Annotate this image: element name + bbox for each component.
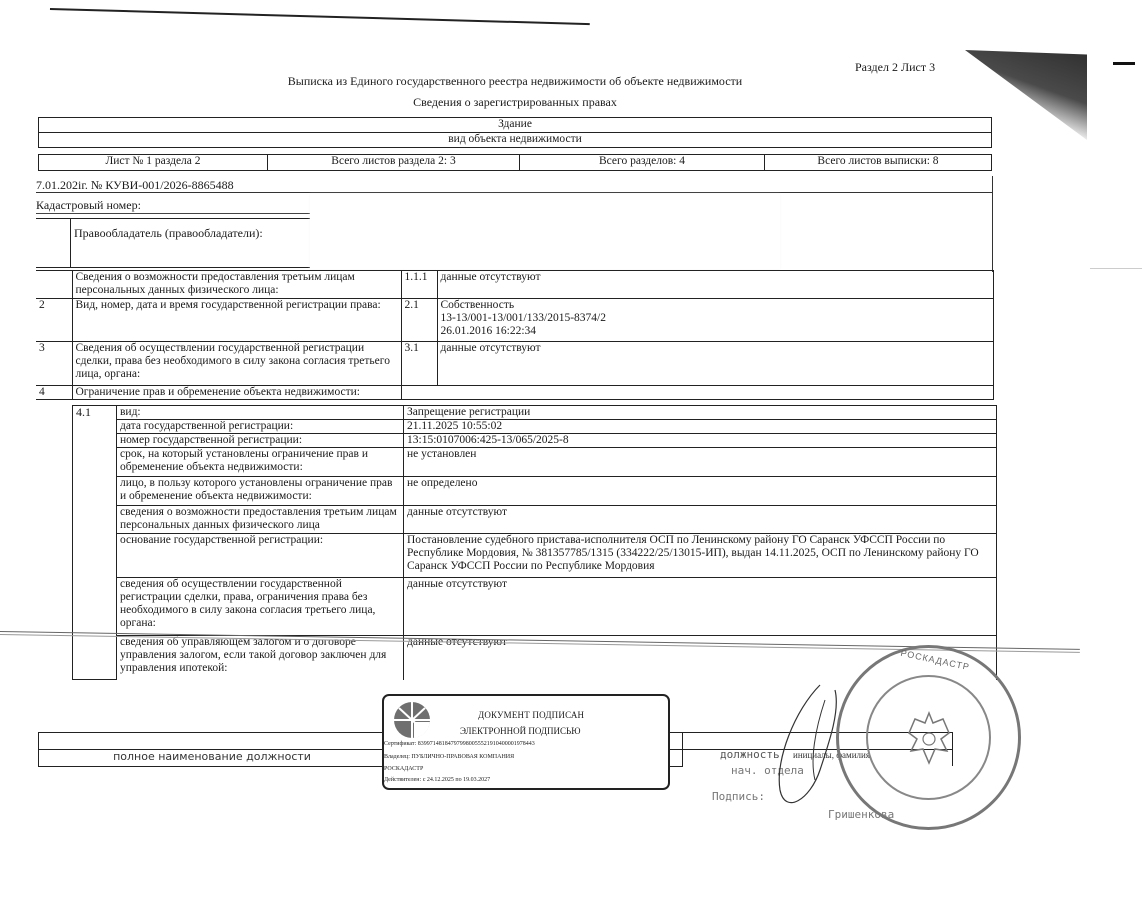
right-type: Собственность [441, 299, 991, 312]
field-label: Ограничение прав и обременение объекта н… [72, 386, 401, 400]
field-value [401, 386, 994, 400]
field-label: номер государственной регистрации: [117, 434, 404, 448]
field-value: не установлен [404, 448, 997, 477]
field-label: лицо, в пользу которого установлены огра… [117, 477, 404, 506]
row-number [36, 219, 71, 268]
object-type-value: Здание [39, 118, 992, 133]
field-value: данные отсутствуют [404, 578, 997, 636]
field-value: данные отсутствуют [437, 271, 994, 299]
field-value: не определено [404, 477, 997, 506]
field-label: вид: [117, 406, 404, 420]
rosreestr-logo-icon [392, 700, 432, 740]
right-reg-number: 13-13/001-13/001/133/2015-8374/2 [441, 312, 991, 325]
footer-cell [39, 733, 386, 750]
owner-table: Правообладатель (правообладатели): [36, 218, 311, 268]
field-label: основание государственной регистрации: [117, 534, 404, 578]
divider [36, 192, 992, 193]
position-label: полное наименование должности [39, 750, 386, 767]
row-number: 2 [36, 299, 72, 342]
signature-label: Подпись: [712, 790, 765, 803]
field-label: сведения об управляющем залогом и о дого… [117, 636, 404, 680]
owner-label: Правообладатель (правообладатели): [71, 219, 311, 268]
rights-table: Сведения о возможности предоставления тр… [36, 270, 994, 400]
field-value: Запрещение регистрации [404, 406, 997, 420]
coat-of-arms-icon [895, 705, 963, 773]
field-value: 13:15:0107006:425-13/065/2025-8 [404, 434, 997, 448]
field-label: Сведения об осуществлении государственно… [72, 342, 401, 386]
field-value: Постановление судебного пристава-исполни… [404, 534, 997, 578]
stamp-line1: ДОКУМЕНТ ПОДПИСАН [478, 710, 584, 720]
scan-edge-line [50, 8, 590, 25]
encumbrance-number: 4.1 [73, 406, 117, 680]
field-label: Сведения о возможности предоставления тр… [72, 271, 401, 299]
row-number: 3 [36, 342, 72, 386]
right-reg-date: 26.01.2016 16:22:34 [441, 325, 991, 338]
sub-number: 1.1.1 [401, 271, 437, 299]
stamp-owner-name: РОСКАДАСТР [384, 766, 423, 772]
total-sheets-section: Всего листов раздела 2: 3 [268, 155, 520, 171]
total-sheets-extract: Всего листов выписки: 8 [765, 155, 992, 171]
field-label: дата государственной регистрации: [117, 420, 404, 434]
field-label: сведения об осуществлении государственно… [117, 578, 404, 636]
sheet-number: Лист № 1 раздела 2 [39, 155, 268, 171]
row-number [36, 271, 72, 299]
field-label: сведения о возможности предоставления тр… [117, 506, 404, 534]
section-sheet-label: Раздел 2 Лист 3 [855, 60, 935, 75]
sub-number: 2.1 [401, 299, 437, 342]
field-value: данные отсутствуют [404, 506, 997, 534]
stamp-validity: Действителен: с 24.12.2025 по 19.03.2027 [384, 777, 490, 783]
handwritten-signature [765, 680, 845, 815]
object-type-label: вид объекта недвижимости [39, 133, 992, 148]
document-subtitle: Сведения о зарегистрированных правах [250, 95, 780, 110]
divider [36, 213, 311, 214]
request-date-number: 7.01.202іг. № КУВИ-001/2026-8865488 [36, 178, 234, 193]
divider [992, 176, 993, 272]
scan-mark [1113, 62, 1135, 65]
sheet-info-table: Лист № 1 раздела 2 Всего листов раздела … [38, 154, 992, 171]
stamp-owner: Владелец: ПУБЛИЧНО-ПРАВОВАЯ КОМПАНИЯ [384, 754, 514, 760]
stamp-certificate: Сертификат: 8399714818479799800555219104… [384, 741, 535, 747]
scan-mark [1090, 268, 1142, 269]
field-label: срок, на который установлены ограничение… [117, 448, 404, 477]
sub-number: 3.1 [401, 342, 437, 386]
row-number: 4 [36, 386, 72, 400]
redacted-area [310, 194, 780, 269]
cadastral-number-label: Кадастровый номер: [36, 198, 141, 213]
total-sections: Всего разделов: 4 [520, 155, 765, 171]
field-label: Вид, номер, дата и время государственной… [72, 299, 401, 342]
stamp-line2: ЭЛЕКТРОННОЙ ПОДПИСЬЮ [460, 726, 580, 736]
field-value: Собственность 13-13/001-13/001/133/2015-… [437, 299, 994, 342]
document-title: Выписка из Единого государственного реес… [250, 74, 780, 89]
field-value: данные отсутствуют [437, 342, 994, 386]
field-value: 21.11.2025 10:55:02 [404, 420, 997, 434]
object-type-table: Здание вид объекта недвижимости [38, 117, 992, 148]
encumbrance-table: 4.1 вид: Запрещение регистрации дата гос… [72, 405, 997, 680]
